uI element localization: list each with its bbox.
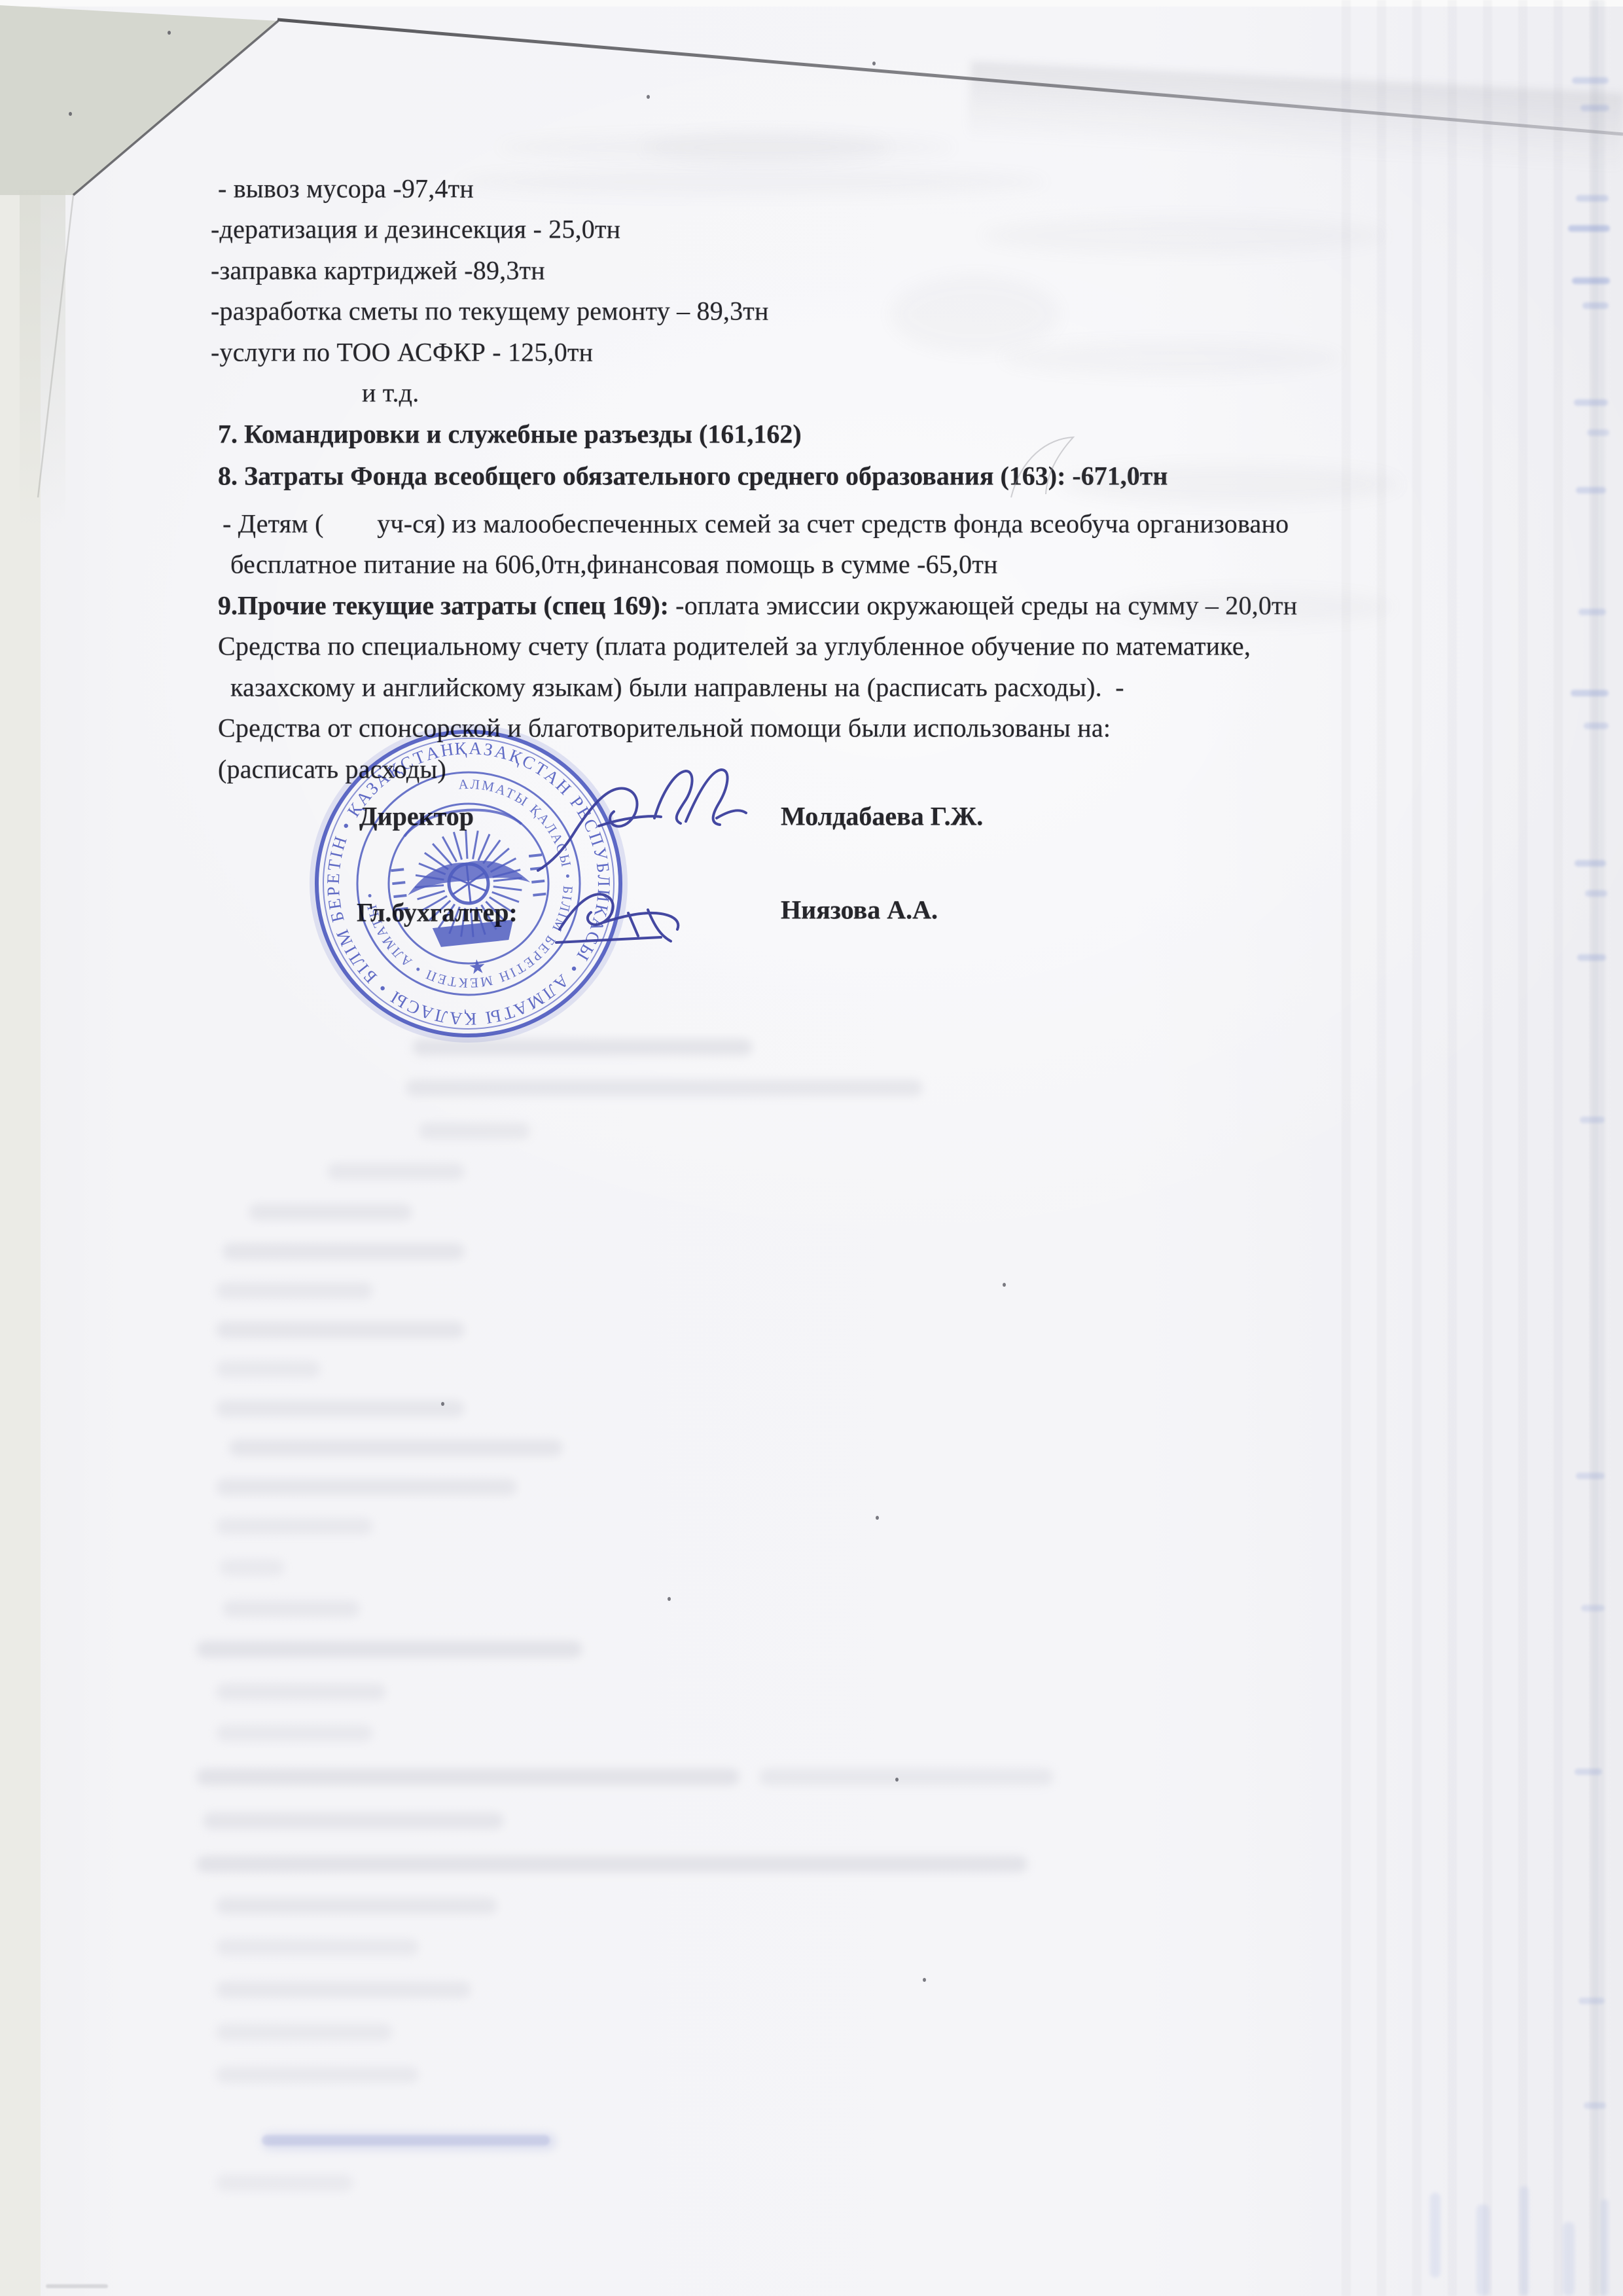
scratch-mark (1011, 437, 1073, 497)
signature-director (538, 770, 746, 870)
page-left-edge-line (38, 195, 73, 497)
signature-accountant (556, 894, 678, 942)
page-corner-diagonal-line (73, 21, 278, 195)
scanned-document-page: - вывоз мусора -97,4тн-дератизация и дез… (0, 0, 1623, 2296)
scan-overlay-marks (0, 0, 1623, 2296)
page-top-edge-line (277, 20, 1623, 134)
